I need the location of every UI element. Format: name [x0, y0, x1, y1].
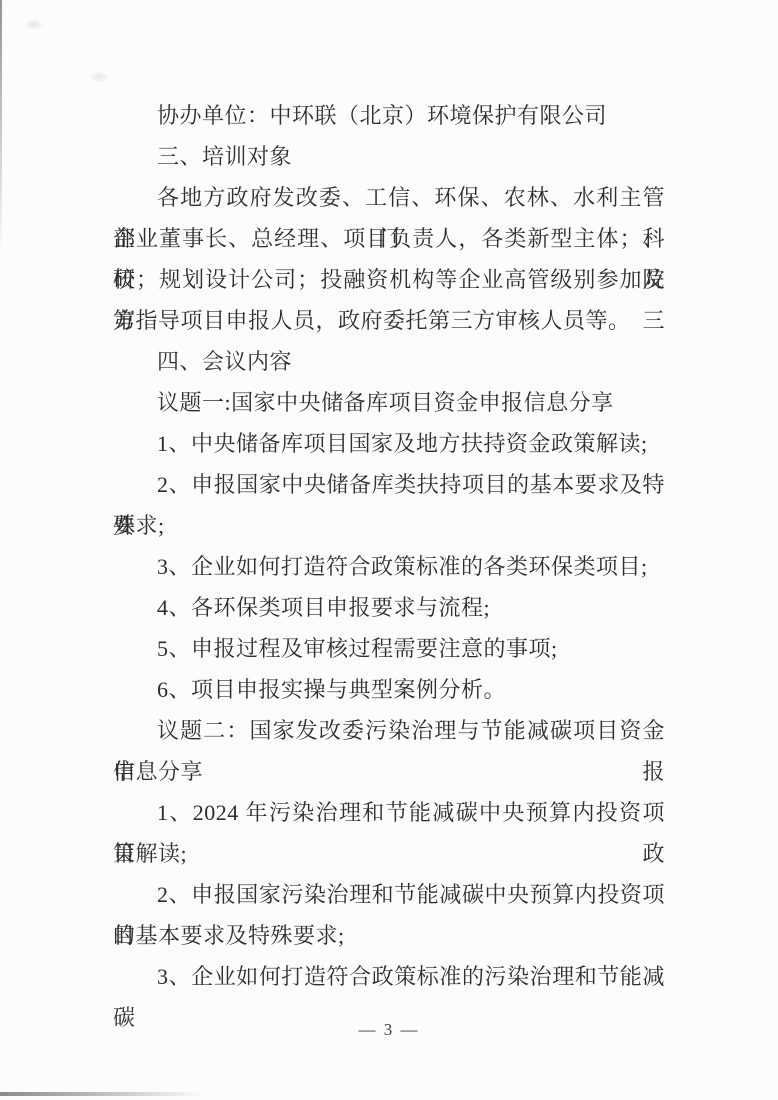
- text-line: 的基本要求及特殊要求;: [113, 915, 665, 956]
- page-number: — 3 —: [0, 1014, 778, 1046]
- document-body: 协办单位：中环联（北京）环境保护有限公司三、培训对象各地方政府发改委、工信、环保…: [113, 95, 665, 997]
- text-line: 2、申报国家中央储备库类扶持项目的基本要求及特殊: [113, 464, 665, 505]
- text-line: 要求;: [113, 505, 665, 546]
- text-line: 议题二：国家发改委污染治理与节能减碳项目资金申报: [113, 710, 665, 751]
- text-line: 1、中央储备库项目国家及地方扶持资金政策解读;: [113, 423, 665, 464]
- scan-edge-bottom-artifact: [0, 1092, 205, 1096]
- text-line: 5、申报过程及审核过程需要注意的事项;: [113, 628, 665, 669]
- scan-edge-left-artifact: [0, 0, 2, 255]
- text-line: 四、会议内容: [113, 341, 665, 382]
- text-line: 各地方政府发改委、工信、环保、农林、水利主管部门、: [113, 177, 665, 218]
- text-line: 校；规划设计公司；投融资机构等企业高管级别参加及第三: [113, 259, 665, 300]
- text-line: 企业董事长、总经理、项目负责人，各类新型主体；科研院: [113, 218, 665, 259]
- scan-smudge-artifact: [90, 72, 108, 82]
- text-line: 3、企业如何打造符合政策标准的各类环保类项目;: [113, 546, 665, 587]
- text-line: 三、培训对象: [113, 136, 665, 177]
- text-line: 1、2024 年污染治理和节能减碳中央预算内投资项目政: [113, 792, 665, 833]
- text-line: 6、项目申报实操与典型案例分析。: [113, 669, 665, 710]
- document-page: 协办单位：中环联（北京）环境保护有限公司三、培训对象各地方政府发改委、工信、环保…: [0, 0, 778, 1100]
- scan-smudge-artifact: [26, 20, 42, 29]
- text-line: 2、申报国家污染治理和节能减碳中央预算内投资项目: [113, 874, 665, 915]
- text-line: 方指导项目申报人员，政府委托第三方审核人员等。: [113, 300, 665, 341]
- text-line: 4、各环保类项目申报要求与流程;: [113, 587, 665, 628]
- text-line: 议题一:国家中央储备库项目资金申报信息分享: [113, 382, 665, 423]
- text-line: 协办单位：中环联（北京）环境保护有限公司: [113, 95, 665, 136]
- text-line: 3、企业如何打造符合政策标准的污染治理和节能减碳: [113, 956, 665, 997]
